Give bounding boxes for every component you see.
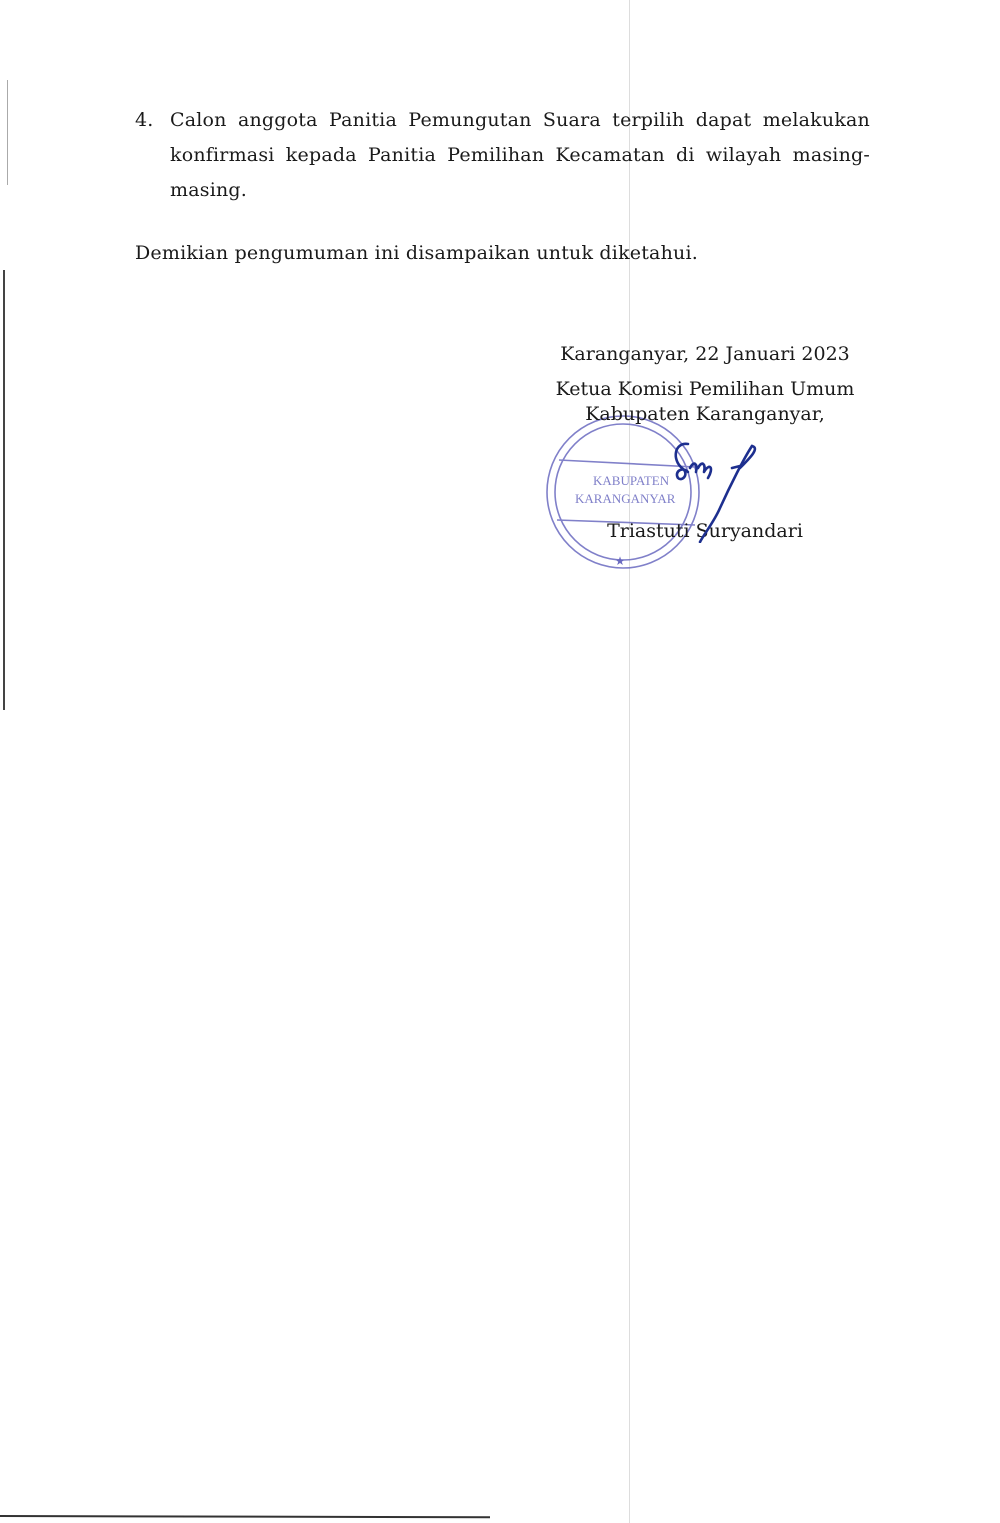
- scan-artifact-left-edge: [7, 80, 8, 185]
- signatory-title-line2: Kabupaten Karanganyar,: [545, 402, 865, 427]
- scan-artifact-left-edge-lower: [3, 270, 5, 710]
- place-date: Karanganyar, 22 Januari 2023: [545, 342, 865, 367]
- scan-artifact-bottom-edge: [0, 1515, 490, 1518]
- svg-text:★: ★: [615, 554, 626, 568]
- svg-text:KABUPATEN: KABUPATEN: [593, 473, 670, 488]
- list-item-number: 4.: [135, 103, 154, 138]
- signatory-title-line1: Ketua Komisi Pemilihan Umum: [545, 377, 865, 402]
- handwritten-signature-icon: [660, 438, 770, 543]
- closing-statement: Demikian pengumuman ini disampaikan untu…: [135, 242, 698, 264]
- list-item-text: Calon anggota Panitia Pemungutan Suara t…: [170, 103, 870, 208]
- list-item-4: 4. Calon anggota Panitia Pemungutan Suar…: [135, 103, 870, 208]
- scan-fold-line: [629, 0, 630, 1523]
- signature-block: Karanganyar, 22 Januari 2023 Ketua Komis…: [545, 342, 865, 427]
